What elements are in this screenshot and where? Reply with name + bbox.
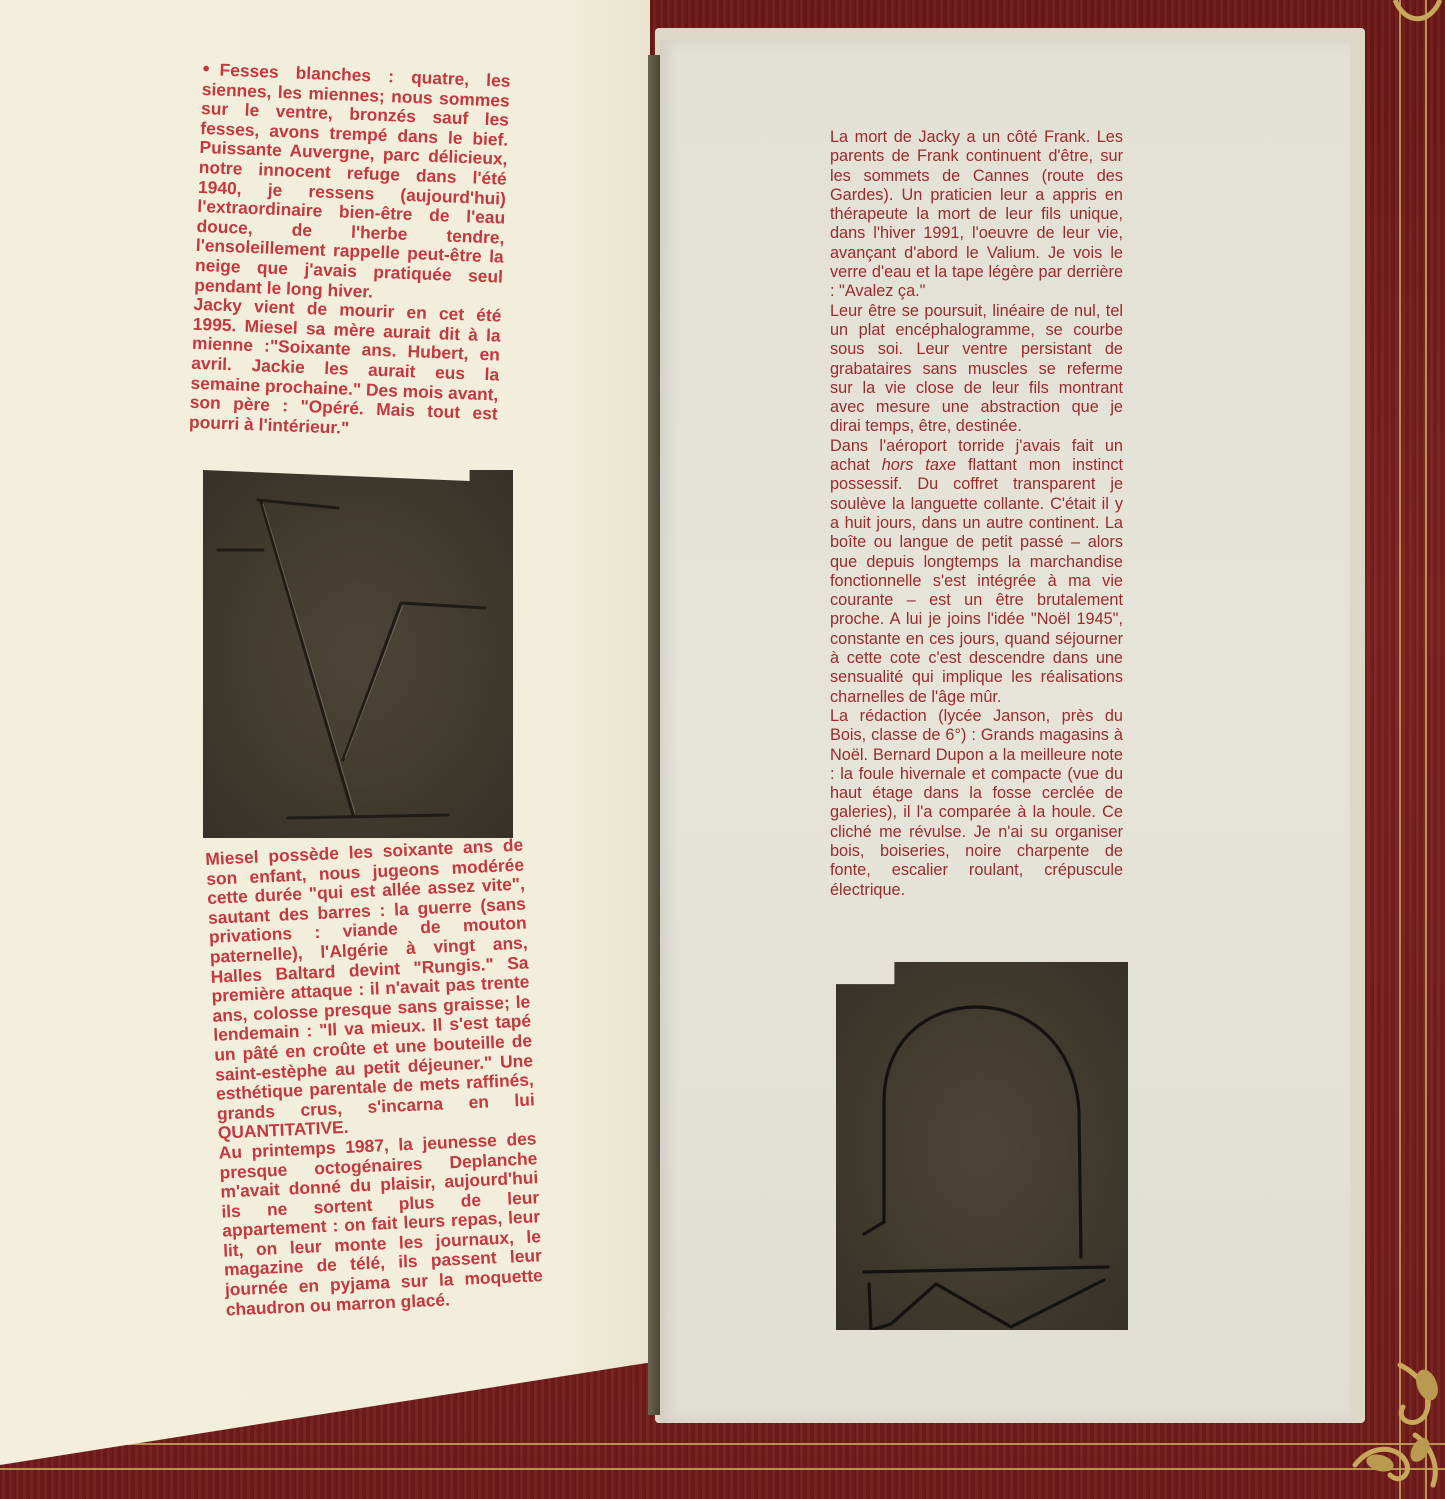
right-paragraph-3: Dans l'aéroport torride j'avais fait un … [830,437,1123,707]
left-paragraph-4: Au printemps 1987, la jeunesse des presq… [218,1129,544,1320]
book-gutter [648,55,660,1415]
gold-rule-bottom-inner [0,1468,1445,1470]
gold-rule-right-inner [1425,0,1427,1499]
right-paragraph-2: Leur être se poursuit, linéaire de nul, … [830,302,1123,437]
left-paragraph-3: Miesel possède les soixante ans de son e… [205,836,536,1144]
right-paragraph-4: La rédaction (lycée Janson, près du Bois… [830,707,1123,900]
left-embossed-print [203,470,513,838]
left-paragraph-2: Jacky vient de mourir en cet été 1995. M… [189,295,502,444]
engraving-arch-zigzag-icon [836,962,1128,1330]
gold-top-ornament-icon [1390,0,1445,35]
engraving-abstract-v-icon [203,470,513,838]
left-top-text: •Fesses blanches : quatre, les siennes, … [189,60,511,444]
right-embossed-print [836,962,1128,1330]
gold-rule-bottom-outer [0,1443,1445,1445]
left-paragraph-1: •Fesses blanches : quatre, les siennes, … [194,60,511,307]
gold-rule-right-outer [1399,0,1401,1499]
bullet-icon: • [202,60,210,80]
right-text: La mort de Jacky a un côté Frank. Les pa… [830,128,1123,900]
left-bottom-text: Miesel possède les soixante ans de son e… [205,836,544,1320]
right-paragraph-1: La mort de Jacky a un côté Frank. Les pa… [830,128,1123,302]
italic-hors-taxe: hors taxe [882,456,956,474]
